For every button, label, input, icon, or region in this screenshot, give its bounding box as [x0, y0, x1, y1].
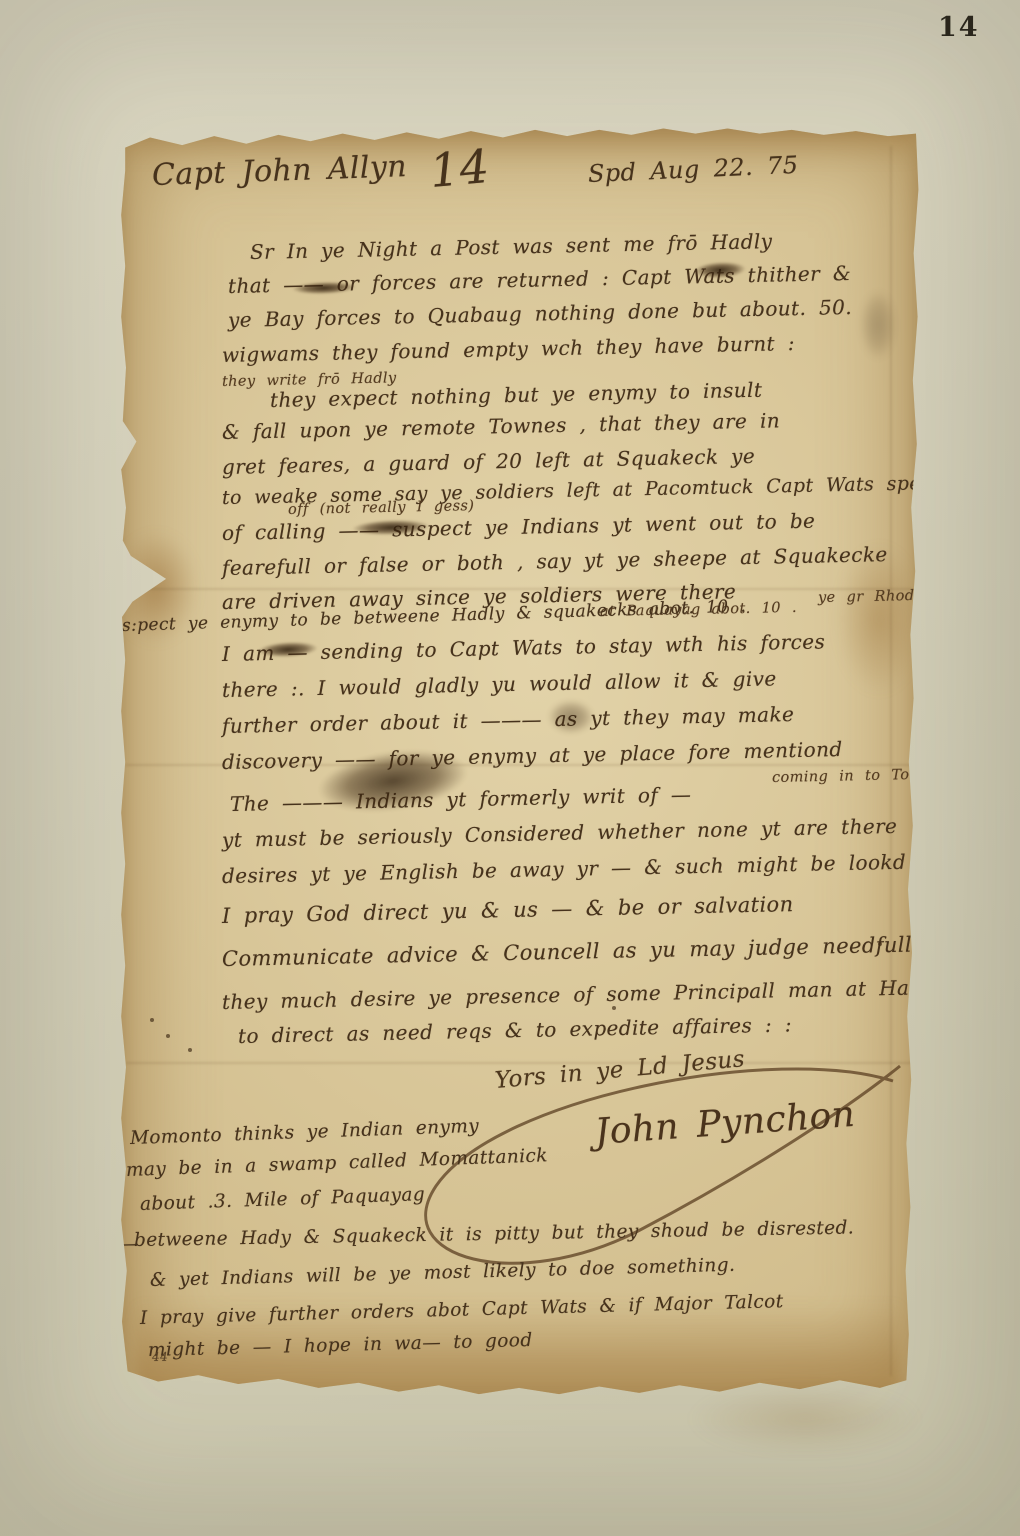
manuscript-line: they much desire ye presence of some Pri…: [222, 975, 942, 1014]
archival-number: 44: [152, 1350, 168, 1364]
manuscript-line: there :. I would gladly yu would allow i…: [222, 666, 777, 702]
manuscript-line: I am — sending to Capt Wats to stay wth …: [222, 629, 826, 666]
manuscript-line: yt must be seriously Considered whether …: [222, 814, 898, 852]
manuscript-line: fearefull or false or both , say yt ye s…: [222, 542, 888, 580]
manuscript-line: that —— or forces are returned : Capt Wa…: [228, 261, 852, 298]
heading-addressee: Capt John Allyn: [151, 149, 407, 193]
letter-sheet: Capt John Allyn 14 Spd Aug 22. 75 Sr In …: [118, 126, 920, 1398]
heading-dateline: Spd Aug 22. 75: [587, 151, 799, 188]
ink-speck: [150, 1018, 154, 1022]
signature-flourish: [348, 1026, 928, 1336]
manuscript-line: ye Bay forces to Quabaug nothing done bu…: [228, 295, 852, 332]
manuscript-line: I pray God direct yu & us — & be or salv…: [222, 892, 794, 928]
backing-stain: [690, 1384, 920, 1454]
manuscript-line: discovery —— for ye enymy at ye place fo…: [222, 737, 843, 774]
ink-speck: [612, 1006, 616, 1010]
album-page: 14 Capt John Allyn 14 Spd Aug 22. 75 Sr …: [0, 0, 1020, 1536]
manuscript-line: Sr In ye Night a Post was sent me frō Ha…: [250, 229, 773, 264]
interlinear-insert: off (not really I gess): [288, 498, 475, 518]
ink-speck: [188, 1048, 192, 1052]
manuscript-line: & fall upon ye remote Townes , that they…: [222, 408, 781, 444]
ink-speck: [166, 1034, 170, 1038]
manuscript-line: Communicate advice & Councell as yu may …: [222, 933, 913, 971]
interlinear-insert: ye gr Rhode: [818, 588, 924, 606]
manuscript-line: further order about it ——— as yt they ma…: [222, 702, 795, 738]
interlinear-insert: coming in to Towns: [772, 766, 940, 786]
manuscript-line: gret feares, a guard of 20 left at Squak…: [222, 444, 756, 479]
printed-page-number: 14: [938, 12, 980, 43]
manuscript-line: desires yt ye English be away yr — & suc…: [222, 849, 946, 888]
manuscript-line: The ——— Indians yt formerly writ of —: [230, 782, 692, 816]
manuscript-line: wigwams they found empty wch they have b…: [222, 331, 795, 367]
docket-number: 14: [428, 139, 492, 198]
postscript-line: might be — I hope in wa— to good: [148, 1330, 533, 1361]
ink-blot: [860, 290, 896, 360]
